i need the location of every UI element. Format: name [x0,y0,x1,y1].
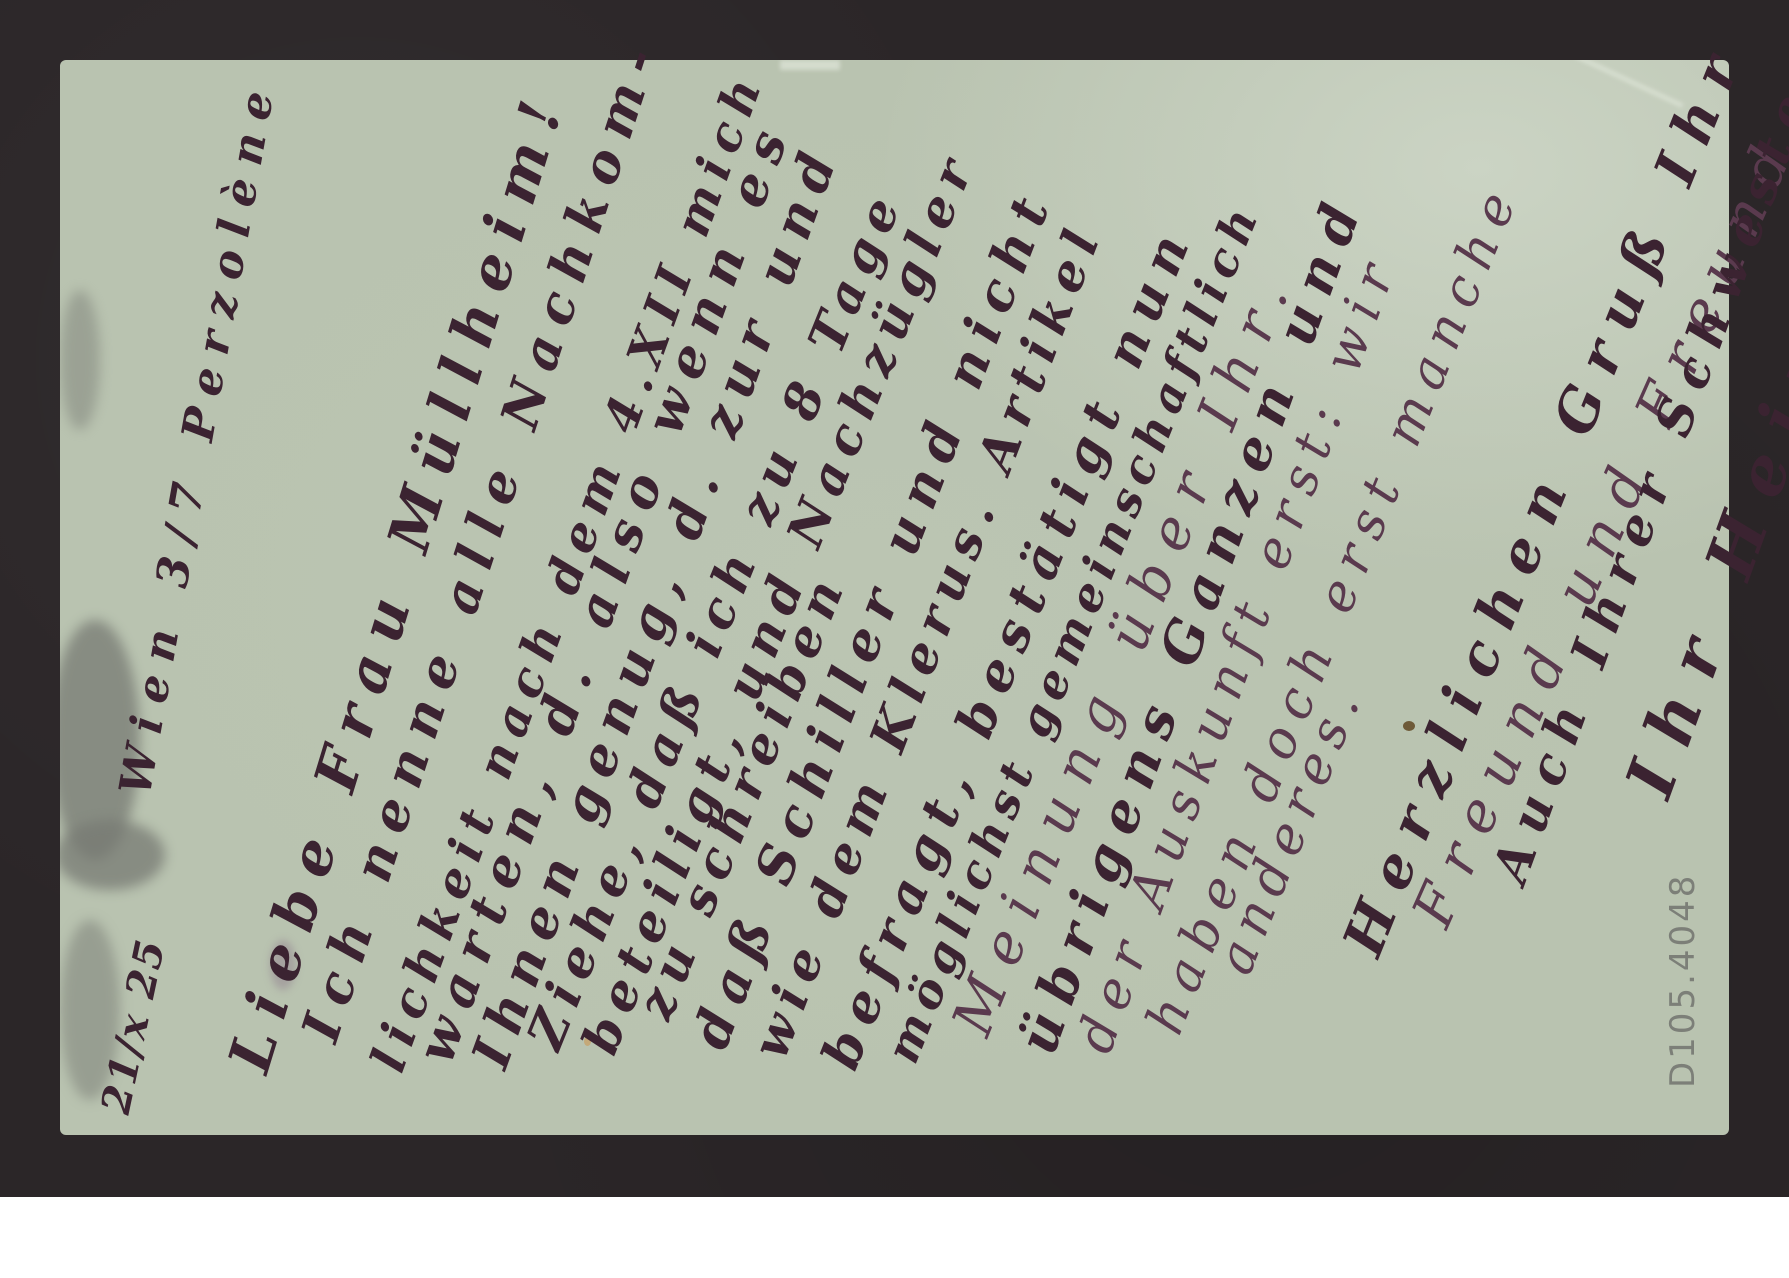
ink-smudge [60,290,100,430]
paper-crease [1537,60,1684,108]
ink-smudge [60,820,165,890]
brown-spot [1403,721,1415,731]
paper-crease [780,60,840,70]
archive-number: D105.4048 [1663,873,1703,1088]
